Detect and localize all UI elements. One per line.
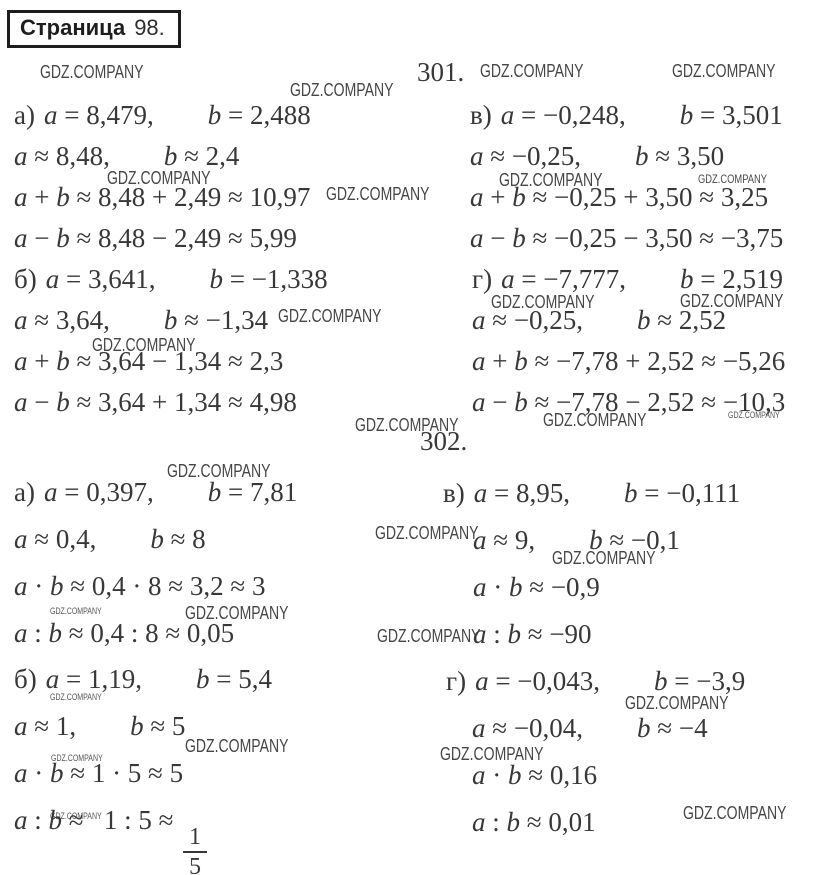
- math-line: а)a = 8,479, b = 2,488: [14, 100, 311, 141]
- part-label: в): [443, 478, 465, 508]
- part-label: в): [470, 100, 492, 130]
- math-line: a : b ≈ 0,01: [446, 807, 745, 854]
- page-title: Страница 98.: [7, 10, 181, 48]
- math-line: г)a = −7,777, b = 2,519: [472, 264, 785, 305]
- math-line: в)a = 8,95, b = −0,111: [443, 478, 740, 525]
- math-line: a ≈ −0,25, b ≈ 2,52: [472, 305, 785, 346]
- math-line: a − b ≈ −7,78 − 2,52 ≈ −10,3: [472, 387, 785, 428]
- page-title-number: 98.: [134, 15, 165, 41]
- problem-301-part-g: г)a = −7,777, b = 2,519 a ≈ −0,25, b ≈ 2…: [472, 264, 785, 428]
- part-label: г): [446, 666, 466, 696]
- math-line: a ≈ 3,64, b ≈ −1,34: [14, 305, 328, 346]
- math-line: a ≈ −0,25, b ≈ 3,50: [470, 141, 783, 182]
- watermark: GDZ.COMPANY: [40, 62, 143, 83]
- math-line: a − b ≈ 8,48 − 2,49 ≈ 5,99: [14, 223, 311, 264]
- math-line: a − b ≈ 3,64 + 1,34 ≈ 4,98: [14, 387, 328, 428]
- problem-301-part-a: а)a = 8,479, b = 2,488 a ≈ 8,48, b ≈ 2,4…: [14, 100, 311, 264]
- math-expression: a = −0,043, b = −3,9: [475, 666, 745, 696]
- math-line: a · b ≈ 1 · 5 ≈ 5: [14, 758, 272, 805]
- math-line: a ≈ 8,48, b ≈ 2,4: [14, 141, 311, 182]
- math-line: a + b ≈ −0,25 + 3,50 ≈ 3,25: [470, 182, 783, 223]
- math-expression: a = 8,479, b = 2,488: [44, 100, 311, 130]
- math-line: a : b ≈ 1 : 5 ≈ 15: [14, 805, 272, 852]
- math-line: в)a = −0,248, b = 3,501: [470, 100, 783, 141]
- part-label: б): [14, 664, 37, 694]
- problem-301-number: 301.: [417, 57, 464, 88]
- math-line: a − b ≈ −0,25 − 3,50 ≈ −3,75: [470, 223, 783, 264]
- math-line: a · b ≈ 0,16: [446, 760, 745, 807]
- math-line: г)a = −0,043, b = −3,9: [446, 666, 745, 713]
- watermark: GDZ.COMPANY: [290, 80, 393, 101]
- math-line: a · b ≈ 0,4 · 8 ≈ 3,2 ≈ 3: [14, 571, 297, 618]
- math-line: б)a = 1,19, b = 5,4: [14, 664, 272, 711]
- problem-302-part-v: в)a = 8,95, b = −0,111 a ≈ 9, b ≈ −0,1 a…: [443, 478, 740, 666]
- part-label: а): [14, 100, 35, 130]
- page-title-label: Страница: [20, 15, 125, 41]
- problem-302-number: 302.: [420, 426, 467, 457]
- problem-302-part-b: б)a = 1,19, b = 5,4 a ≈ 1, b ≈ 5 a · b ≈…: [14, 664, 272, 852]
- math-expression: a = 8,95, b = −0,111: [474, 478, 740, 508]
- watermark: GDZ.COMPANY: [326, 184, 429, 205]
- math-expression: a = 3,641, b = −1,338: [46, 264, 328, 294]
- math-expression: a = 1,19, b = 5,4: [46, 664, 272, 694]
- math-expression: a = −7,777, b = 2,519: [501, 264, 783, 294]
- problem-301-part-b: б)a = 3,641, b = −1,338 a ≈ 3,64, b ≈ −1…: [14, 264, 328, 428]
- math-line: a ≈ 0,4, b ≈ 8: [14, 524, 297, 571]
- page: Страница 98. GDZ.COMPANY GDZ.COMPANY GDZ…: [0, 0, 825, 875]
- math-line: б)a = 3,641, b = −1,338: [14, 264, 328, 305]
- watermark: GDZ.COMPANY: [672, 61, 775, 82]
- fraction: 15: [183, 824, 207, 875]
- math-line: a · b ≈ −0,9: [443, 572, 740, 619]
- math-line: a + b ≈ −7,78 + 2,52 ≈ −5,26: [472, 346, 785, 387]
- problem-301-part-v: в)a = −0,248, b = 3,501 a ≈ −0,25, b ≈ 3…: [470, 100, 783, 264]
- part-label: а): [14, 477, 35, 507]
- math-line: a + b ≈ 8,48 + 2,49 ≈ 10,97: [14, 182, 311, 223]
- math-expression: a = −0,248, b = 3,501: [501, 100, 783, 130]
- math-line: a ≈ 1, b ≈ 5: [14, 711, 272, 758]
- math-line: a + b ≈ 3,64 − 1,34 ≈ 2,3: [14, 346, 328, 387]
- math-line: a : b ≈ −90: [443, 619, 740, 666]
- math-line: a : b ≈ 0,4 : 8 ≈ 0,05: [14, 618, 297, 665]
- math-line: а)a = 0,397, b = 7,81: [14, 477, 297, 524]
- math-line: a ≈ 9, b ≈ −0,1: [443, 525, 740, 572]
- problem-302-part-a: а)a = 0,397, b = 7,81 a ≈ 0,4, b ≈ 8 a ·…: [14, 477, 297, 665]
- part-label: г): [472, 264, 492, 294]
- watermark: GDZ.COMPANY: [480, 61, 583, 82]
- math-line: a ≈ −0,04, b ≈ −4: [446, 713, 745, 760]
- math-expression: a = 0,397, b = 7,81: [44, 477, 297, 507]
- part-label: б): [14, 264, 37, 294]
- problem-302-part-g: г)a = −0,043, b = −3,9 a ≈ −0,04, b ≈ −4…: [446, 666, 745, 854]
